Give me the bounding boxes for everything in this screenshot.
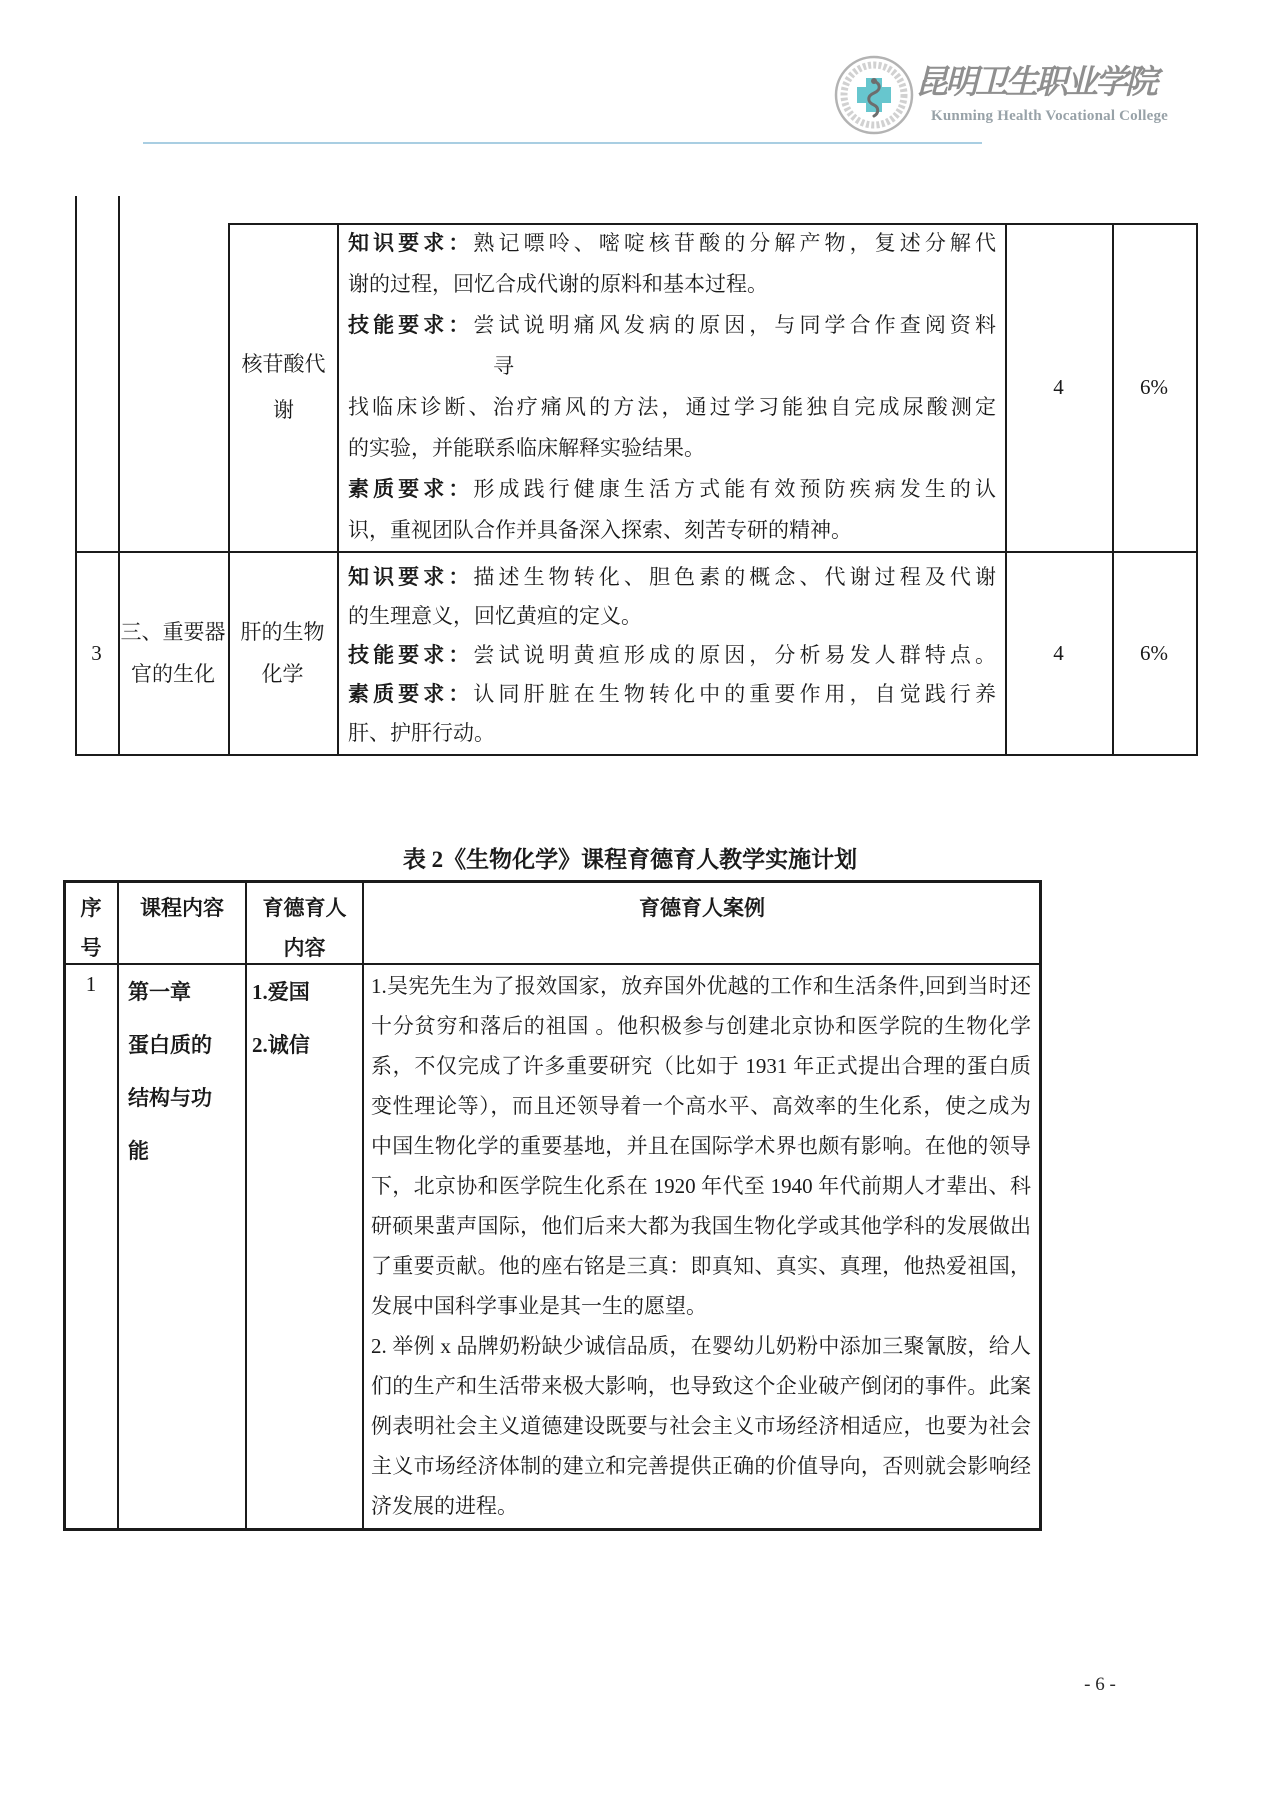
- requirement-line: 肝、护肝行动。: [348, 714, 996, 753]
- case-line: 十分贫穷和落后的祖国 。他积极参与创建北京协和医学院的生物化学: [371, 1006, 1031, 1046]
- case-line: 中国生物化学的重要基地，并且在国际学术界也颇有影响。在他的领导: [371, 1126, 1031, 1166]
- requirement-line: 找临床诊断、治疗痛风的方法，通过学习能独自完成尿酸测定: [348, 387, 996, 428]
- t1-weight-cell-row2: 6%: [1114, 223, 1194, 551]
- requirement-text: 熟记嘌呤、嘧啶核苷酸的分解产物，复述分解代: [473, 231, 996, 255]
- course-line: 能: [128, 1125, 238, 1178]
- requirement-label: 技能要求：: [348, 313, 473, 337]
- topic-line: 谢: [273, 387, 294, 433]
- requirement-text: 找临床诊断、治疗痛风的方法，通过学习能独自完成尿酸测定: [348, 395, 996, 419]
- table2-title: 表 2《生物化学》课程育德育人教学实施计划: [63, 845, 1197, 875]
- case-line: 了重要贡献。他的座右铭是三真：即真知、真实、真理，他热爱祖国，: [371, 1246, 1031, 1286]
- topic-line: 化学: [262, 653, 304, 695]
- header-line: 序: [66, 888, 116, 928]
- requirement-text: 谢的过程，回忆合成代谢的原料和基本过程。: [348, 272, 768, 296]
- course-line: 官的生化: [131, 653, 215, 695]
- t1-hours-cell-row2: 4: [1007, 223, 1110, 551]
- case-line: 下，北京协和医学院生化系在 1920 年代至 1940 年代前期人才辈出、科: [371, 1166, 1031, 1206]
- case-line: 系，不仅完成了许多重要研究（比如于 1931 年正式提出合理的蛋白质: [371, 1046, 1031, 1086]
- case-line: 发展中国科学事业是其一生的愿望。: [371, 1286, 1031, 1326]
- t2-course-cell: 第一章 蛋白质的 结构与功 能: [128, 966, 238, 1178]
- page-number: - 6 -: [1040, 1674, 1160, 1696]
- requirement-label: 技能要求：: [348, 643, 473, 667]
- requirement-text: 识，重视团队合作并具备深入探索、刻苦专研的精神。: [348, 518, 852, 542]
- requirement-text: 认同肝脏在生物转化中的重要作用，自觉践行养: [473, 682, 996, 706]
- header-line: 号: [66, 928, 116, 968]
- requirement-label: 知识要求：: [348, 565, 473, 589]
- case-line: 例表明社会主义道德建设既要与社会主义市场经济相适应，也要为社会: [371, 1406, 1031, 1446]
- t1-topic-cell-nucleotide: 核苷酸代 谢: [232, 223, 335, 551]
- requirement-text: 肝、护肝行动。: [348, 721, 495, 745]
- t2-header-case: 育德育人案例: [364, 888, 1040, 928]
- course-line: 蛋白质的: [128, 1019, 238, 1072]
- requirement-text: 形成践行健康生活方式能有效预防疾病发生的认: [473, 477, 996, 501]
- header-divider: [143, 142, 982, 144]
- requirement-line: 知识要求：描述生物转化、胆色素的概念、代谢过程及代谢: [348, 558, 996, 597]
- t1-hours-cell-row3: 4: [1007, 553, 1110, 753]
- requirement-line: 谢的过程，回忆合成代谢的原料和基本过程。: [348, 264, 996, 305]
- t2-header-moral: 育德育人 内容: [247, 888, 362, 968]
- course-line: 结构与功: [128, 1072, 238, 1125]
- t1-course-cell-row3: 三、重要器 官的生化: [120, 553, 226, 753]
- requirement-line: 识，重视团队合作并具备深入探索、刻苦专研的精神。: [348, 510, 996, 551]
- requirement-text: 寻: [493, 354, 514, 378]
- moral-line: 1.爱国: [252, 966, 358, 1019]
- t1-requirements-cell-row2: 知识要求：熟记嘌呤、嘧啶核苷酸的分解产物，复述分解代 谢的过程，回忆合成代谢的原…: [348, 223, 996, 551]
- requirement-line: 的实验，并能联系临床解释实验结果。: [348, 428, 996, 469]
- requirement-line: 素质要求：形成践行健康生活方式能有效预防疾病发生的认: [348, 469, 996, 510]
- course-line: 第一章: [128, 966, 238, 1019]
- requirement-line: 素质要求：认同肝脏在生物转化中的重要作用，自觉践行养: [348, 675, 996, 714]
- header-line: 育德育人: [247, 888, 362, 928]
- requirement-text: 尝试说明黄疸形成的原因，分析易发人群特点。: [473, 643, 996, 667]
- college-name-chinese: 昆明卫生职业学院: [915, 56, 1175, 103]
- requirement-line: 技能要求：尝试说明痛风发病的原因，与同学合作查阅资料: [348, 305, 996, 346]
- t2-seq-cell: 1: [66, 972, 116, 997]
- t2-moral-cell: 1.爱国 2.诚信: [252, 966, 358, 1072]
- requirement-line: 知识要求：熟记嘌呤、嘧啶核苷酸的分解产物，复述分解代: [348, 223, 996, 264]
- case-line: 们的生产和生活带来极大影响，也导致这个企业破产倒闭的事件。此案: [371, 1366, 1031, 1406]
- requirement-text: 描述生物转化、胆色素的概念、代谢过程及代谢: [473, 565, 996, 589]
- header-line: 内容: [247, 928, 362, 968]
- case-line: 1.吴宪先生为了报效国家，放弃国外优越的工作和生活条件,回到当时还: [371, 966, 1031, 1006]
- topic-line: 肝的生物: [241, 611, 325, 653]
- t1-topic-cell-liver: 肝的生物 化学: [230, 553, 335, 753]
- requirement-line: 的生理意义，回忆黄疸的定义。: [348, 597, 996, 636]
- topic-line: 核苷酸代: [242, 341, 326, 387]
- case-line: 2. 举例 x 品牌奶粉缺少诚信品质，在婴幼儿奶粉中添加三聚氰胺，给人: [371, 1326, 1031, 1366]
- requirement-line: 寻: [348, 346, 996, 387]
- course-line: 三、重要器: [121, 611, 226, 653]
- case-line: 济发展的进程。: [371, 1486, 1031, 1526]
- college-name-english: Kunming Health Vocational College: [931, 108, 1191, 125]
- requirement-text: 的实验，并能联系临床解释实验结果。: [348, 436, 705, 460]
- requirement-label: 知识要求：: [348, 231, 473, 255]
- t1-requirements-cell-row3: 知识要求：描述生物转化、胆色素的概念、代谢过程及代谢 的生理意义，回忆黄疸的定义…: [348, 558, 996, 753]
- t1-seq-cell-row3: 3: [77, 553, 116, 753]
- case-line: 主义市场经济体制的建立和完善提供正确的价值导向，否则就会影响经: [371, 1446, 1031, 1486]
- t2-header-seq: 序 号: [66, 888, 116, 968]
- t2-case-cell: 1.吴宪先生为了报效国家，放弃国外优越的工作和生活条件,回到当时还 十分贫穷和落…: [371, 966, 1031, 1526]
- case-line: 变性理论等），而且还领导着一个高水平、高效率的生化系，使之成为: [371, 1086, 1031, 1126]
- moral-line: 2.诚信: [252, 1019, 358, 1072]
- requirement-text: 的生理意义，回忆黄疸的定义。: [348, 604, 642, 628]
- requirement-line: 技能要求：尝试说明黄疸形成的原因，分析易发人群特点。: [348, 636, 996, 675]
- requirement-label: 素质要求：: [348, 682, 473, 706]
- requirement-label: 素质要求：: [348, 477, 473, 501]
- document-page: 昆明卫生职业学院 Kunming Health Vocational Colle…: [0, 0, 1274, 1801]
- requirement-text: 尝试说明痛风发病的原因，与同学合作查阅资料: [473, 313, 996, 337]
- case-line: 研硕果蜚声国际，他们后来大都为我国生物化学或其他学科的发展做出: [371, 1206, 1031, 1246]
- college-seal-logo: [833, 54, 915, 136]
- t1-weight-cell-row3: 6%: [1114, 553, 1194, 753]
- t2-header-course: 课程内容: [119, 888, 245, 928]
